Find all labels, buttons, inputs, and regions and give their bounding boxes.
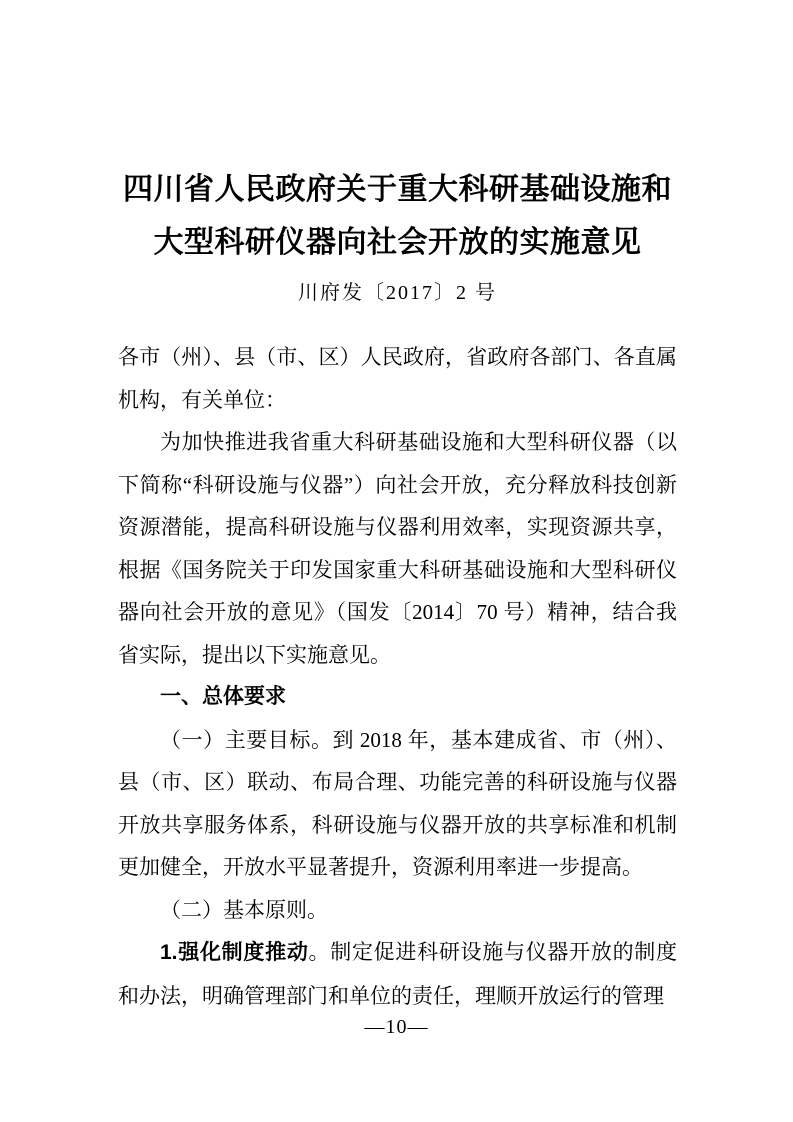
document-body: 各市（州）、县（市、区）人民政府，省政府各部门、各直属机构，有关单位： 为加快推… xyxy=(118,336,677,1017)
paragraph-item-1-lead: 1.强化制度推动 xyxy=(160,941,309,964)
document-title-line-2: 大型科研仪器向社会开放的实施意见 xyxy=(118,216,677,269)
page-number: —10— xyxy=(0,1012,793,1042)
document-content: 四川省人民政府关于重大科研基础设施和 大型科研仪器向社会开放的实施意见 川府发〔… xyxy=(118,0,677,1017)
document-number: 川府发〔2017〕2 号 xyxy=(118,278,677,308)
document-page: 四川省人民政府关于重大科研基础设施和 大型科研仪器向社会开放的实施意见 川府发〔… xyxy=(0,0,793,1122)
paragraph-item-1: 1.强化制度推动。制定促进科研设施与仪器开放的制度和办法，明确管理部门和单位的责… xyxy=(118,931,677,1017)
intro-paragraph: 为加快推进我省重大科研基础设施和大型科研仪器（以下简称“科研设施与仪器”）向社会… xyxy=(118,421,677,676)
document-title: 四川省人民政府关于重大科研基础设施和 大型科研仪器向社会开放的实施意见 xyxy=(118,163,677,269)
document-title-line-1: 四川省人民政府关于重大科研基础设施和 xyxy=(118,163,677,216)
salutation-paragraph: 各市（州）、县（市、区）人民政府，省政府各部门、各直属机构，有关单位： xyxy=(118,336,677,421)
section-heading-overall-requirements: 一、总体要求 xyxy=(118,676,677,719)
paragraph-basic-principles: （二）基本原则。 xyxy=(118,889,677,932)
paragraph-main-goal: （一）主要目标。到 2018 年，基本建成省、市（州）、县（市、区）联动、布局合… xyxy=(118,719,677,889)
